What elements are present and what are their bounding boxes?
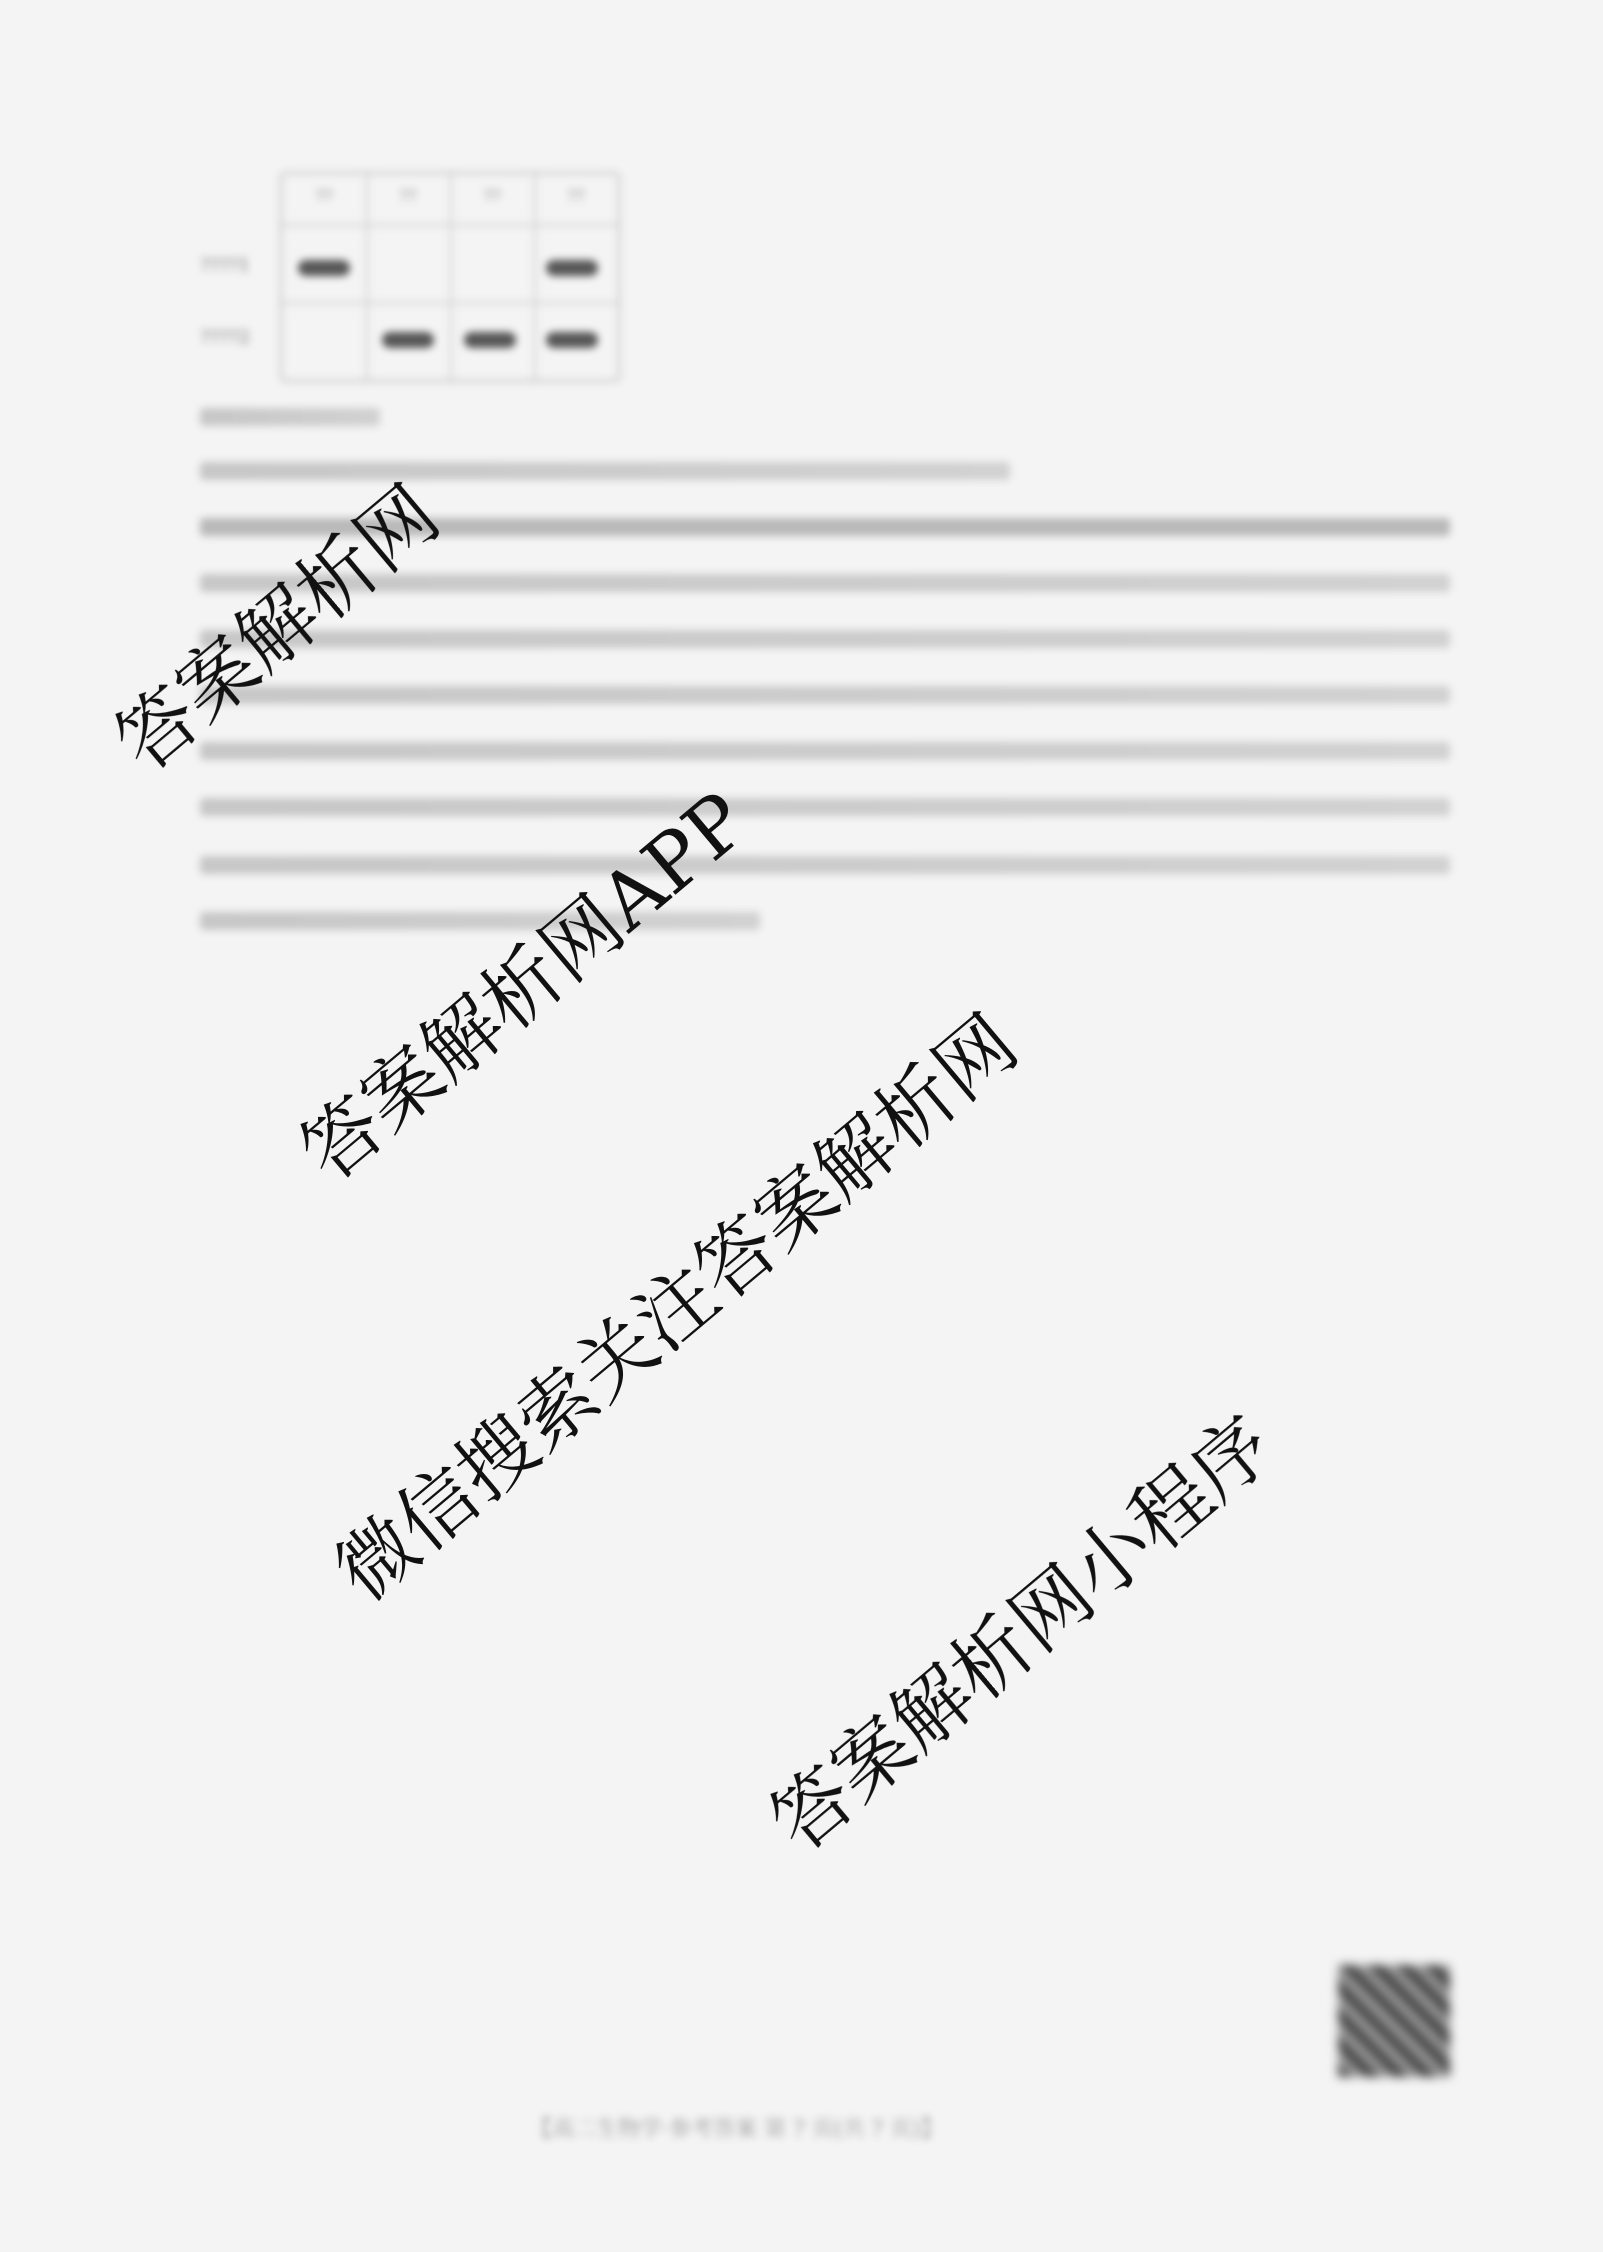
row-label: ????2 xyxy=(200,327,250,348)
column-header: ?? xyxy=(546,186,606,205)
dna-band xyxy=(546,260,598,276)
electrophoresis-table: ?? ?? ?? ?? xyxy=(280,172,620,382)
column-header: ?? xyxy=(462,186,522,205)
page-footer: 【高二生物学·参考答案 第 ? 页(共 ? 页)】 xyxy=(530,2112,943,2143)
watermark: 答案解析网小程序 xyxy=(743,1385,1293,1872)
watermark: 答案解析网APP xyxy=(273,762,767,1202)
qr-code xyxy=(1338,1965,1450,2077)
row-label: ????1 xyxy=(200,255,250,276)
dna-band xyxy=(382,332,434,348)
dna-band xyxy=(546,332,598,348)
column-header: ?? xyxy=(294,186,354,205)
dna-band xyxy=(464,332,516,348)
column-header: ?? xyxy=(378,186,438,205)
dna-band xyxy=(298,260,350,276)
